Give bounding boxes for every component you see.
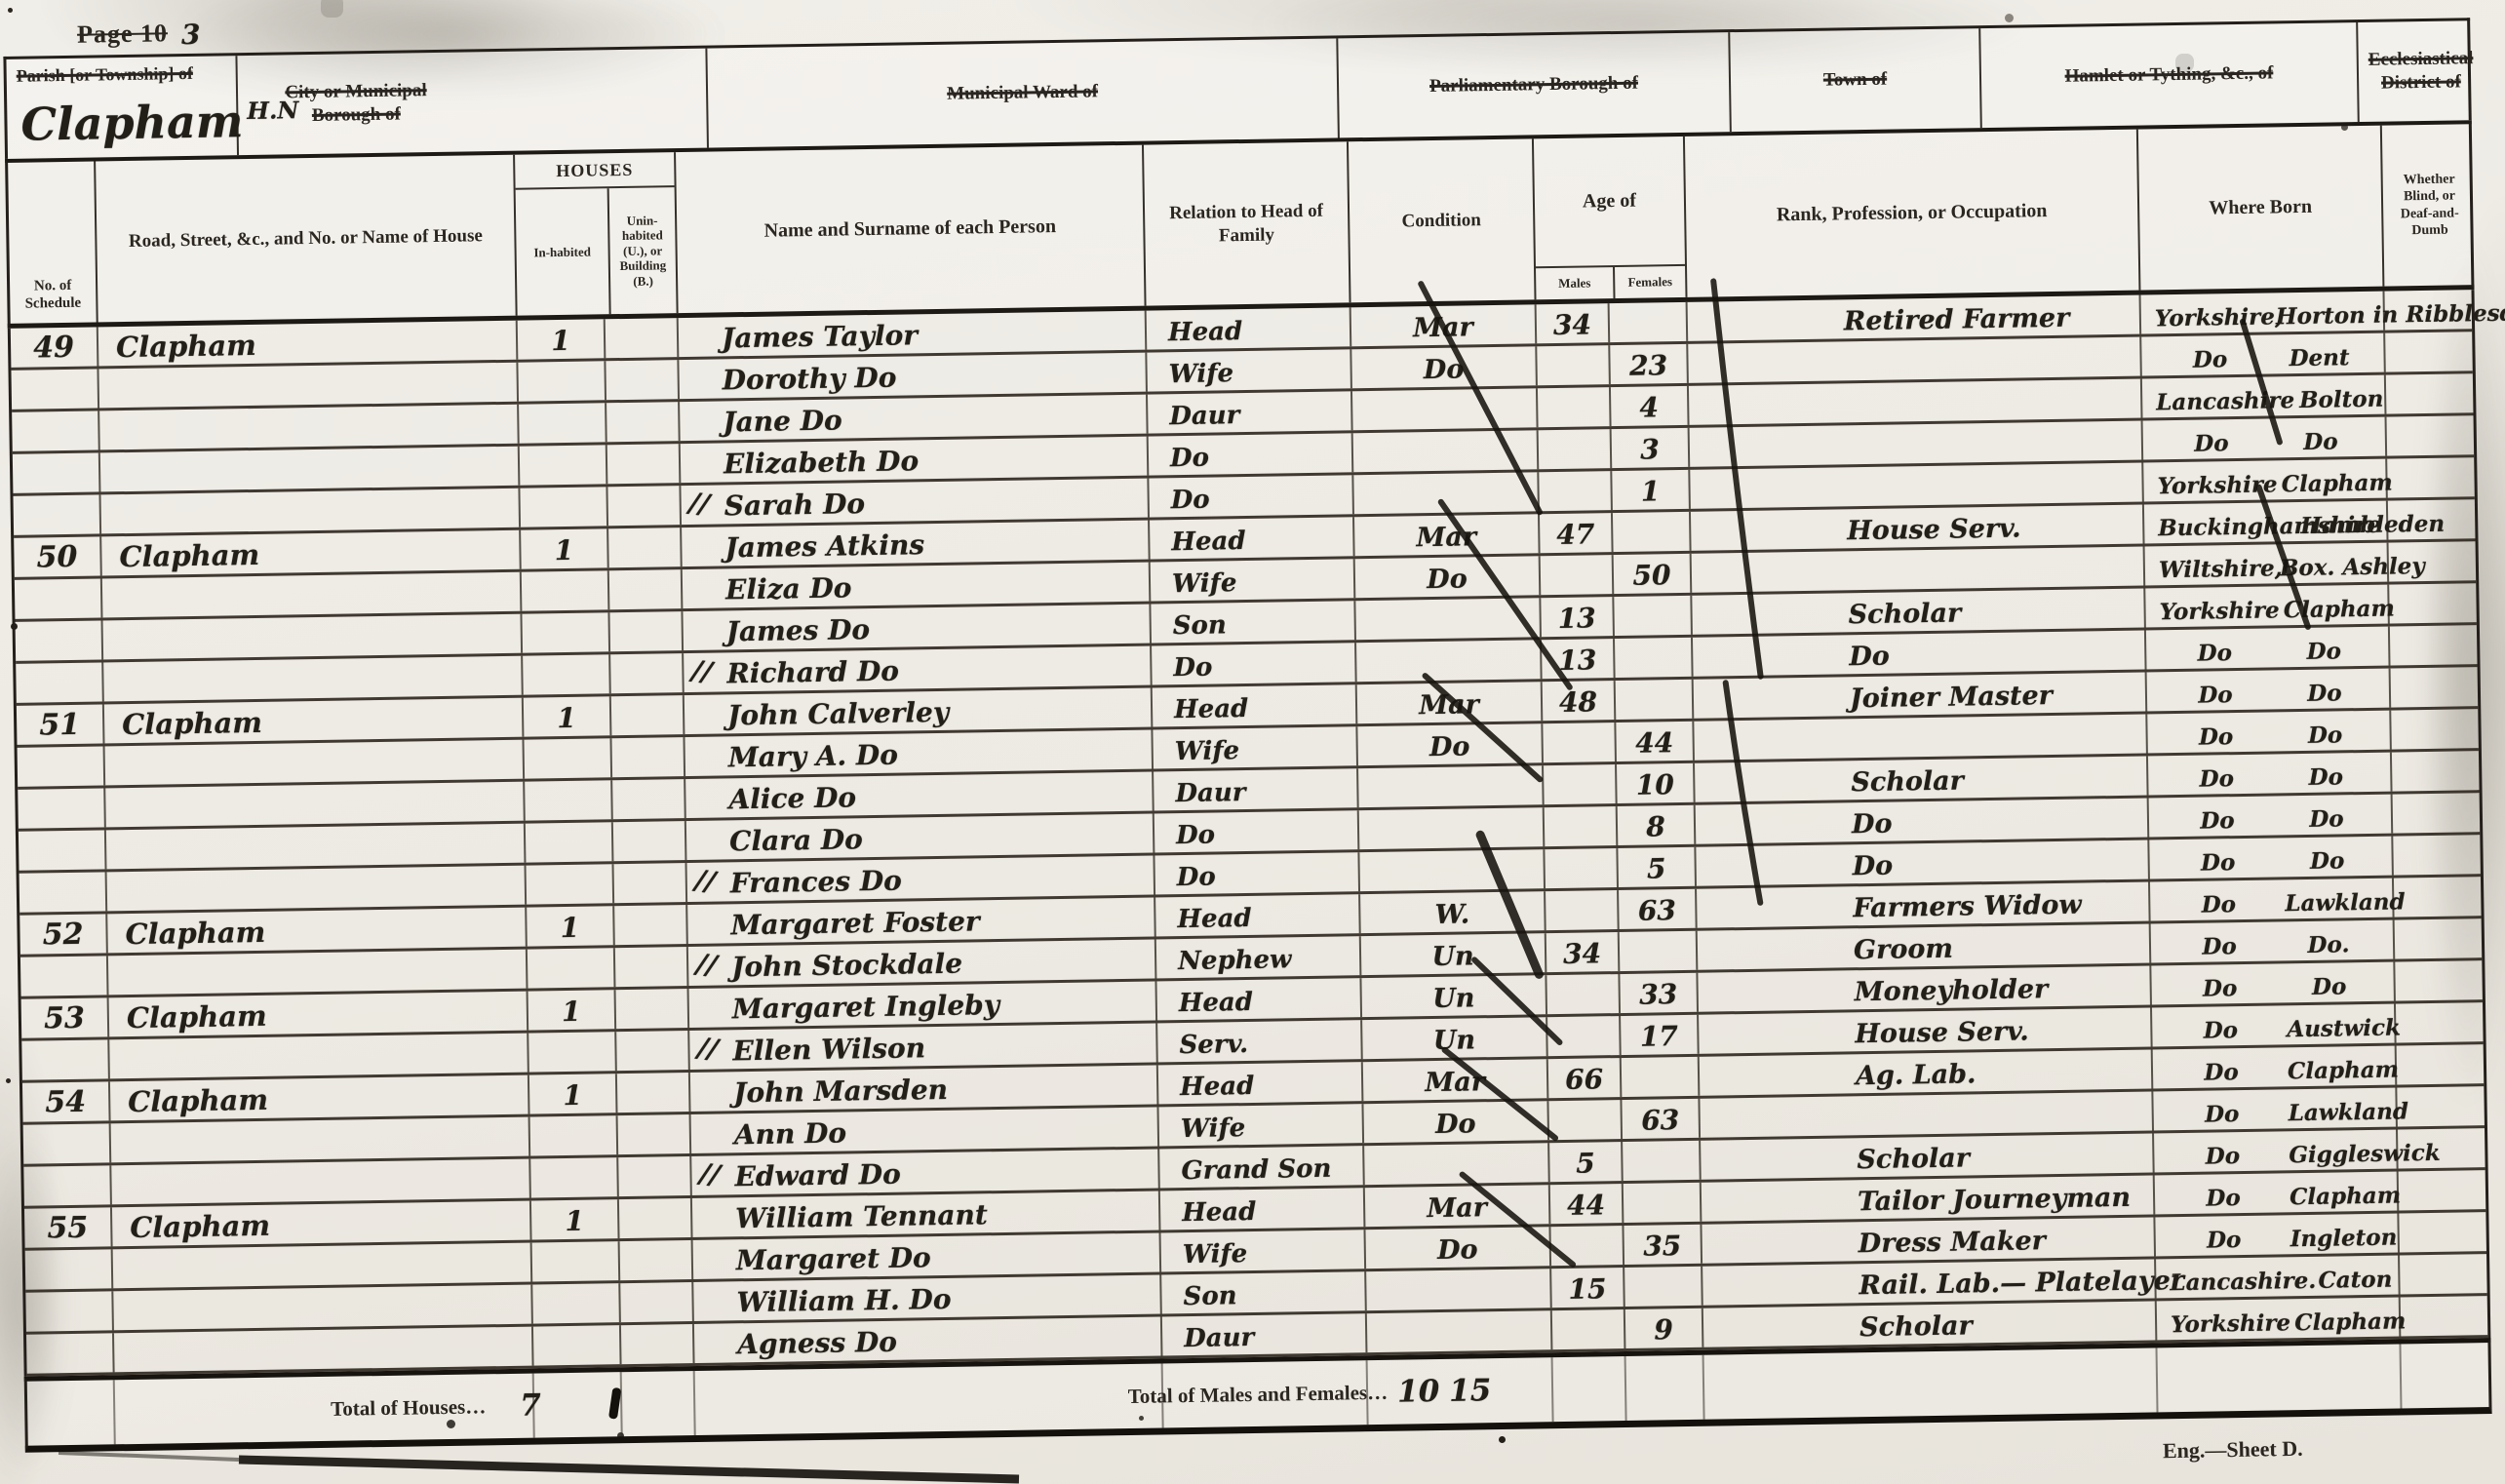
where-born: YorkshireClapham [2145, 585, 2390, 628]
born-place: Clapham [2290, 1185, 2397, 1212]
age-male [1550, 1226, 1624, 1266]
born-county: Do [2168, 1102, 2277, 1129]
road-or-house-name [102, 572, 523, 618]
born-county: Lancashire [2156, 389, 2287, 416]
houses-uninhabited [612, 779, 686, 819]
relation-to-head: Head [1153, 684, 1358, 726]
relation-to-head: Wife [1153, 726, 1358, 768]
hamlet-tything-box: Hamlet or Tything, &c., of [1980, 22, 2360, 128]
age-female: 63 [1619, 889, 1698, 929]
condition [1358, 765, 1545, 807]
age-male [1548, 1100, 1623, 1140]
age-female: 3 [1612, 428, 1691, 468]
road-or-house-name: Clapham [109, 992, 529, 1037]
age-male: 47 [1540, 513, 1614, 553]
relation-to-head: Grand Son [1159, 1146, 1365, 1188]
road-or-house-name: Clapham [98, 321, 519, 367]
condition: Un [1361, 933, 1547, 975]
relation-to-head: Do [1149, 433, 1354, 475]
houses-inhabited: 1 [531, 1199, 620, 1239]
relation-to-head: Head [1156, 978, 1362, 1020]
schedule-number [13, 494, 101, 534]
municipal-ward-label: Municipal Ward of [947, 80, 1098, 105]
total-females-value: 15 [1449, 1358, 1492, 1424]
where-born: DoDo [2147, 711, 2392, 754]
condition: Do [1355, 556, 1542, 598]
where-born: BuckinghamshireHambleden [2144, 501, 2389, 544]
where-born: DoDo [2149, 795, 2394, 838]
where-born: Yorkshire,Horton in Ribblesdale [2141, 292, 2386, 334]
born-county: Do [2168, 1144, 2277, 1171]
column-header-where-born: Where Born [2138, 126, 2385, 291]
age-male [1541, 555, 1615, 595]
schedule-number: 50 [14, 536, 102, 576]
column-header-inhabited: In-habited [516, 188, 611, 315]
infirmity [2390, 625, 2484, 665]
age-male: 13 [1542, 639, 1616, 679]
road-or-house-name [108, 950, 528, 996]
condition [1353, 472, 1540, 514]
schedule-number: 53 [21, 997, 110, 1037]
houses-inhabited: 1 [524, 696, 612, 736]
road-or-house-name: Clapham [112, 1201, 532, 1247]
condition: Do [1351, 346, 1538, 388]
schedule-number [15, 578, 103, 618]
where-born: DoClapham [2155, 1172, 2400, 1215]
infirmity [2398, 1128, 2491, 1168]
born-place: Austwick [2287, 1017, 2394, 1044]
age-male [1546, 974, 1621, 1014]
occupation: Do [1693, 631, 2147, 677]
total-houses-label: Total of Houses… [164, 1374, 487, 1443]
person-name: Eliza Do [683, 563, 1152, 609]
born-county: Do [2165, 934, 2274, 961]
age-female: 5 [1618, 847, 1697, 887]
houses-uninhabited [618, 1156, 692, 1196]
infirmity [2388, 499, 2482, 539]
born-place: Clapham [2284, 598, 2388, 625]
age-female [1616, 680, 1695, 720]
occupation: Groom [1698, 923, 2152, 969]
houses-inhabited [527, 864, 615, 904]
person-name: Margaret Ingleby [689, 981, 1158, 1028]
age-female: 17 [1621, 1015, 1700, 1055]
houses-uninhabited [618, 1114, 692, 1154]
relation-to-head: Son [1161, 1271, 1367, 1313]
occupation: House Serv. [1699, 1007, 2153, 1053]
person-name: Jane Do [680, 395, 1149, 442]
road-or-house-name [103, 614, 524, 660]
relation-to-head: Wife [1151, 559, 1356, 601]
condition [1356, 640, 1543, 682]
column-header-schedule: No. of Schedule [8, 161, 98, 323]
houses-inhabited [520, 487, 608, 527]
age-female: 8 [1618, 805, 1697, 845]
parish-township-label: Parish [or Township] of [17, 62, 212, 88]
houses-uninhabited [608, 527, 683, 567]
born-place: Lawkland [2289, 1101, 2396, 1128]
infirmity [2393, 793, 2486, 833]
town-box: Town of [1730, 28, 1982, 132]
occupation [1700, 1091, 2154, 1137]
where-born: DoDo. [2151, 920, 2396, 963]
age-female [1613, 512, 1692, 552]
where-born: DoGiggleswick [2154, 1130, 2399, 1173]
road-or-house-name [109, 1034, 529, 1079]
condition: Do [1357, 723, 1544, 765]
household-end-mark: // [693, 867, 717, 899]
condition [1359, 807, 1546, 849]
road-or-house-name [100, 447, 521, 492]
road-or-house-name: Clapham [101, 530, 522, 576]
houses-inhabited: 1 [527, 906, 615, 946]
age-group-title: Age of [1534, 137, 1685, 266]
houses-uninhabited [611, 737, 685, 777]
where-born: DoDo [2151, 962, 2396, 1005]
person-name: William H. Do [693, 1274, 1162, 1321]
where-born: LancashireBolton [2142, 375, 2387, 418]
where-born: Lancashire.Caton [2156, 1256, 2401, 1299]
schedule-number [21, 1039, 110, 1079]
infirmity [2393, 835, 2486, 875]
occupation: Scholar [1692, 589, 2146, 635]
road-or-house-name [111, 1117, 531, 1163]
infirmity [2384, 290, 2478, 330]
born-place: Clapham [2288, 1059, 2395, 1086]
houses-uninhabited [615, 947, 689, 987]
ink-specks [8, 8, 13, 13]
houses-uninhabited [620, 1240, 694, 1280]
born-place: Caton [2312, 1269, 2398, 1295]
age-female [1624, 1267, 1703, 1307]
relation-to-head: Daur [1148, 391, 1353, 433]
where-born: DoIngleton [2155, 1214, 2400, 1257]
born-county: Do [2164, 892, 2273, 919]
houses-uninhabited [617, 1073, 691, 1113]
age-male: 44 [1550, 1184, 1624, 1224]
person-name: Elizabeth Do [681, 437, 1150, 484]
houses-uninhabited [614, 905, 688, 945]
houses-inhabited [532, 1241, 621, 1281]
houses-uninhabited [607, 444, 682, 484]
born-county: Do [2164, 851, 2273, 879]
condition: Mar [1365, 1185, 1551, 1227]
infirmity [2394, 877, 2487, 917]
occupation: Retired Farmer [1688, 295, 2142, 341]
condition [1366, 1269, 1552, 1310]
person-name: //John Stockdale [688, 939, 1157, 986]
age-male: 34 [1546, 932, 1621, 972]
schedule-number [23, 1123, 112, 1163]
condition [1367, 1310, 1553, 1352]
person-name: John Marsden [690, 1065, 1159, 1112]
condition: Mar [1357, 682, 1544, 723]
born-place: Do. [2286, 933, 2371, 959]
houses-inhabited [528, 1032, 617, 1072]
born-county: Wiltshire, [2159, 558, 2268, 585]
condition [1352, 388, 1539, 430]
where-born: DoLawkland [2150, 879, 2395, 921]
condition [1359, 849, 1546, 891]
infirmity [2395, 918, 2488, 958]
condition [1353, 430, 1540, 472]
road-or-house-name [107, 866, 528, 912]
road-or-house-name: Clapham [104, 698, 525, 744]
relation-to-head: Do [1149, 475, 1354, 517]
infirmity [2396, 1002, 2489, 1042]
column-header-males: Males [1536, 267, 1615, 299]
condition: Un [1361, 975, 1547, 1017]
born-county: Yorkshire [2159, 599, 2272, 626]
houses-uninhabited [619, 1198, 693, 1238]
occupation: Scholar [1703, 1301, 2158, 1347]
infirmity [2389, 541, 2483, 581]
age-female: 33 [1620, 973, 1699, 1013]
ecclesiastical-district-box: Ecclesiastical District of [2358, 20, 2484, 122]
born-place: Do [2282, 682, 2368, 708]
born-county: Do [2170, 1228, 2279, 1255]
household-end-mark: // [698, 1160, 722, 1192]
born-place: Do [2284, 807, 2369, 834]
person-name: Margaret Do [693, 1232, 1162, 1279]
where-born: DoAustwick [2152, 1004, 2397, 1047]
occupation: Moneyholder [1698, 965, 2152, 1011]
age-female: 35 [1624, 1225, 1703, 1265]
schedule-number [16, 662, 104, 702]
born-county: Do [2161, 683, 2270, 711]
houses-inhabited [519, 403, 607, 443]
person-name: James Atkins [682, 521, 1151, 567]
age-female: 44 [1616, 722, 1695, 762]
schedule-number [19, 830, 107, 870]
relation-to-head: Head [1147, 307, 1352, 349]
relation-to-head: Daur [1154, 768, 1359, 810]
page-number-handwritten-note: 3 [181, 19, 201, 51]
road-or-house-name [105, 740, 526, 786]
schedule-number [12, 410, 100, 450]
houses-uninhabited [613, 821, 687, 861]
age-female [1622, 1057, 1701, 1097]
schedule-number: 54 [22, 1081, 111, 1121]
born-place: Horton in Ribblesdale [2276, 304, 2383, 332]
person-name: James Do [683, 605, 1152, 651]
infirmity [2401, 1296, 2494, 1336]
parliamentary-borough-box: Parliamentary Borough of [1338, 32, 1732, 137]
born-place: Box. Ashley [2280, 556, 2387, 583]
condition: Mar [1351, 304, 1538, 346]
municipal-ward-box: Municipal Ward of [707, 38, 1340, 147]
schedule-number: 52 [20, 914, 108, 954]
person-name: John Calverley [685, 688, 1154, 735]
age-female [1623, 1141, 1702, 1181]
condition [1364, 1143, 1550, 1185]
person-name: //Frances Do [686, 856, 1155, 903]
houses-inhabited [523, 654, 611, 694]
houses-inhabited [525, 780, 613, 820]
schedule-number [16, 620, 104, 660]
column-header-houses-group: HOUSES In-habited Unin-habited (U.), or … [515, 152, 679, 316]
column-header-uninhabited: Unin-habited (U.), or Building (B.) [609, 187, 677, 314]
relation-to-head: Head [1158, 1062, 1364, 1104]
age-male: 66 [1548, 1058, 1623, 1098]
infirmity [2399, 1212, 2492, 1252]
age-female: 50 [1614, 554, 1693, 594]
census-form-sheet: Page 10 3 Parish [or Township] of Clapha… [3, 0, 2492, 1453]
where-born: DoDo [2143, 417, 2388, 460]
infirmity [2399, 1170, 2492, 1210]
relation-to-head: Head [1150, 517, 1355, 559]
born-county: Yorkshire, [2155, 306, 2264, 333]
age-male: 34 [1537, 303, 1611, 343]
relation-to-head: Son [1151, 601, 1356, 643]
houses-uninhabited [607, 486, 682, 526]
born-place: Clapham [2294, 1310, 2399, 1338]
parish-handwritten-note: H.N [247, 96, 298, 125]
born-place: Giggleswick [2289, 1143, 2396, 1170]
occupation: Tailor Journeyman [1702, 1175, 2156, 1221]
born-place: Lawkland [2285, 891, 2392, 918]
schedule-number: 51 [17, 704, 105, 744]
born-county: Do [2160, 642, 2269, 669]
person-name: Margaret Foster [687, 897, 1156, 944]
occupation [1692, 547, 2146, 593]
born-county: Do [2157, 432, 2266, 459]
houses-group-title: HOUSES [515, 152, 675, 190]
household-end-mark: // [694, 951, 718, 983]
condition: Do [1365, 1227, 1551, 1269]
person-name: //Edward Do [691, 1149, 1160, 1195]
road-or-house-name [103, 656, 524, 702]
schedule-number [23, 1165, 112, 1205]
infirmity [2392, 751, 2485, 791]
houses-uninhabited [610, 653, 685, 693]
road-or-house-name [113, 1243, 533, 1289]
municipal-borough-box: City or Municipal Borough of [237, 49, 709, 156]
person-name: Dorothy Do [679, 353, 1148, 400]
born-county: Do [2155, 348, 2264, 375]
where-born: Wiltshire,Box. Ashley [2145, 543, 2390, 586]
age-male: 48 [1543, 681, 1617, 721]
born-place: Do [2284, 849, 2369, 876]
page-number-label: Page 10 [77, 19, 168, 49]
person-name: Mary A. Do [685, 730, 1154, 777]
road-or-house-name: Clapham [107, 908, 528, 954]
born-county: Do [2167, 1060, 2276, 1087]
schedule-number [20, 872, 108, 912]
occupation [1688, 337, 2142, 383]
infirmity [2387, 457, 2481, 497]
schedule-number [18, 788, 106, 828]
total-males-females-label: Total of Males and Females… [710, 1360, 1389, 1435]
town-label: Town of [1823, 68, 1888, 93]
age-female: 4 [1611, 386, 1690, 426]
where-born: YorkshireClapham [2157, 1297, 2402, 1340]
person-name: James Taylor [679, 311, 1148, 358]
age-female: 63 [1622, 1099, 1701, 1139]
person-name: //Ellen Wilson [689, 1023, 1158, 1070]
column-header-occupation: Rank, Profession, or Occupation [1685, 130, 2141, 297]
schedule-number [18, 746, 106, 786]
born-county: Lancashire. [2170, 1269, 2300, 1297]
where-born: DoLawkland [2153, 1088, 2398, 1131]
born-county: Do [2163, 809, 2272, 837]
relation-to-head: Wife [1161, 1230, 1367, 1271]
relation-to-head: Head [1155, 894, 1361, 936]
born-place: Bolton [2298, 388, 2384, 414]
schedule-number [25, 1291, 114, 1331]
age-male [1543, 722, 1617, 762]
houses-inhabited [530, 1115, 619, 1155]
parish-township-box: Parish [or Township] of ClaphamH.N [6, 56, 239, 159]
road-or-house-name [106, 824, 527, 870]
road-or-house-name [98, 363, 519, 409]
occupation [1694, 714, 2148, 760]
schedule-number [20, 956, 109, 996]
infirmity [2391, 709, 2485, 749]
occupation [1689, 379, 2143, 425]
born-place: Ingleton [2290, 1227, 2398, 1254]
schedule-number: 49 [11, 327, 99, 367]
household-end-mark: // [696, 1035, 720, 1067]
age-male: 15 [1551, 1268, 1625, 1308]
sheet-designation-label: Eng.—Sheet D. [2163, 1436, 2303, 1464]
born-county: Do [2169, 1186, 2278, 1213]
houses-inhabited [533, 1325, 622, 1365]
born-county: Do [2162, 767, 2271, 795]
infirmity [2395, 960, 2488, 1000]
occupation: Do [1696, 798, 2150, 843]
relation-to-head: Do [1152, 643, 1357, 684]
born-place: Do [2282, 723, 2368, 750]
houses-inhabited [530, 1157, 619, 1197]
age-female [1615, 638, 1694, 678]
age-female: 1 [1612, 470, 1691, 510]
occupation: Rail. Lab.— Platelayer [1703, 1259, 2157, 1305]
person-name: //Sarah Do [681, 479, 1150, 526]
occupation: Scholar [1701, 1133, 2155, 1179]
condition: Un [1362, 1017, 1548, 1059]
born-county: Buckinghamshire [2158, 515, 2289, 542]
age-male [1537, 345, 1611, 385]
infirmity [2400, 1254, 2493, 1294]
houses-inhabited: 1 [521, 528, 609, 568]
relation-to-head: Head [1160, 1188, 1366, 1230]
occupation: Do [1696, 840, 2150, 885]
road-or-house-name [99, 405, 520, 450]
road-or-house-name [100, 488, 521, 534]
person-name: William Tennant [692, 1191, 1161, 1237]
condition: Mar [1354, 514, 1541, 556]
where-born: DoDo [2149, 837, 2394, 879]
houses-inhabited: 1 [518, 319, 607, 359]
age-male [1539, 471, 1613, 511]
person-name: Ann Do [691, 1107, 1160, 1153]
road-or-house-name [114, 1327, 534, 1373]
road-or-house-name [113, 1285, 533, 1331]
age-male [1546, 890, 1620, 930]
born-place: Do [2283, 765, 2368, 792]
occupation: Scholar [1695, 756, 2149, 801]
born-county: Do [2166, 1018, 2275, 1045]
column-header-infirmity: Whether Blind, or Deaf-and-Dumb [2382, 124, 2478, 286]
total-males-value: 10 [1397, 1359, 1440, 1425]
houses-uninhabited [611, 695, 685, 735]
relation-to-head: Wife [1158, 1104, 1364, 1146]
where-born: DoDo [2146, 627, 2391, 670]
person-name: Agness Do [694, 1316, 1163, 1363]
infirmity [2391, 667, 2485, 707]
houses-inhabited [528, 948, 616, 988]
